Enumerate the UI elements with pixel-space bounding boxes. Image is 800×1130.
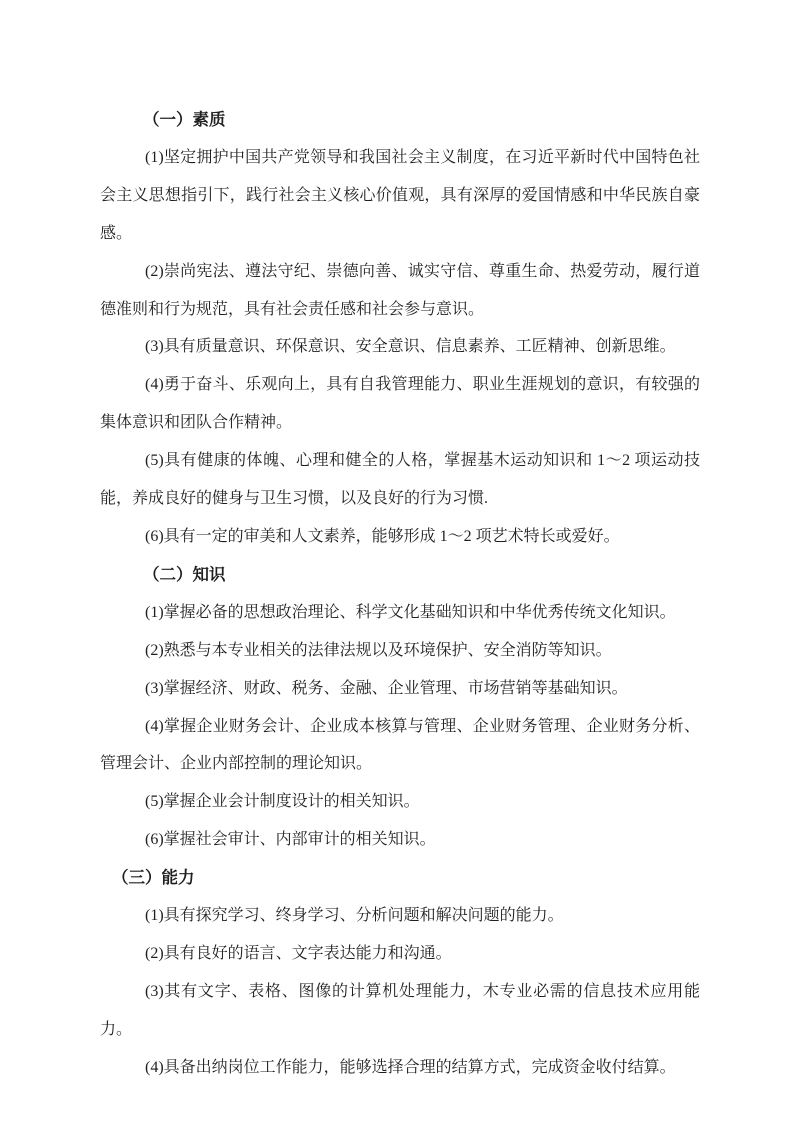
section-3-item-1: (1)具有探究学习、终身学习、分析问题和解决问题的能力。 [100,897,700,935]
section-1-item-3: (3)具有质量意识、环保意识、安全意识、信息素养、工匠精神、创新思维。 [100,328,700,366]
section-1-item-2: (2)崇尚宪法、遵法守纪、崇德向善、诚实守信、尊重生命、热爱劳动，履行道德准则和… [100,253,700,329]
document-page: （一）素质 (1)坚定拥护中国共产党领导和我国社会主义制度，在习近平新时代中国特… [0,0,800,1130]
section-1-heading: （一）素质 [100,101,700,139]
section-2-item-5: (5)掌握企业会计制度设计的相关知识。 [100,783,700,821]
section-1-item-4: (4)勇于奋斗、乐观向上，具有自我管理能力、职业生涯规划的意识，有较强的集体意识… [100,366,700,442]
section-2-item-4: (4)掌握企业财务会计、企业成本核算与管理、企业财务管理、企业财务分析、管理会计… [100,708,700,784]
section-3-item-2: (2)具有良好的语言、文字表达能力和沟通。 [100,935,700,973]
section-3-heading: （三）能力 [100,859,700,897]
section-3-item-4: (4)具备出纳岗位工作能力，能够选择合理的结算方式，完成资金收付结算。 [100,1049,700,1087]
document-content: （一）素质 (1)坚定拥护中国共产党领导和我国社会主义制度，在习近平新时代中国特… [0,0,800,1087]
section-2-heading: （二）知识 [100,556,700,594]
section-2-item-1: (1)掌握必备的思想政治理论、科学文化基础知识和中华优秀传统文化知识。 [100,594,700,632]
section-3-item-3: (3)其有文字、表格、图像的计算机处理能力，木专业必需的信息技术应用能力。 [100,973,700,1049]
section-1-item-5: (5)具有健康的体魄、心理和健全的人格，掌握基木运动知识和 1～2 项运动技能，… [100,442,700,518]
section-1-item-6: (6)具有一定的审美和人文素养，能够形成 1～2 项艺术特长或爱好。 [100,518,700,556]
section-2-item-2: (2)熟悉与本专业相关的法律法规以及环境保护、安全消防等知识。 [100,632,700,670]
section-1-item-1: (1)坚定拥护中国共产党领导和我国社会主义制度，在习近平新时代中国特色社会主义思… [100,139,700,253]
section-2-item-6: (6)掌握社会审计、内部审计的相关知识。 [100,821,700,859]
section-2-item-3: (3)掌握经济、财政、税务、金融、企业管理、市场营销等基础知识。 [100,670,700,708]
